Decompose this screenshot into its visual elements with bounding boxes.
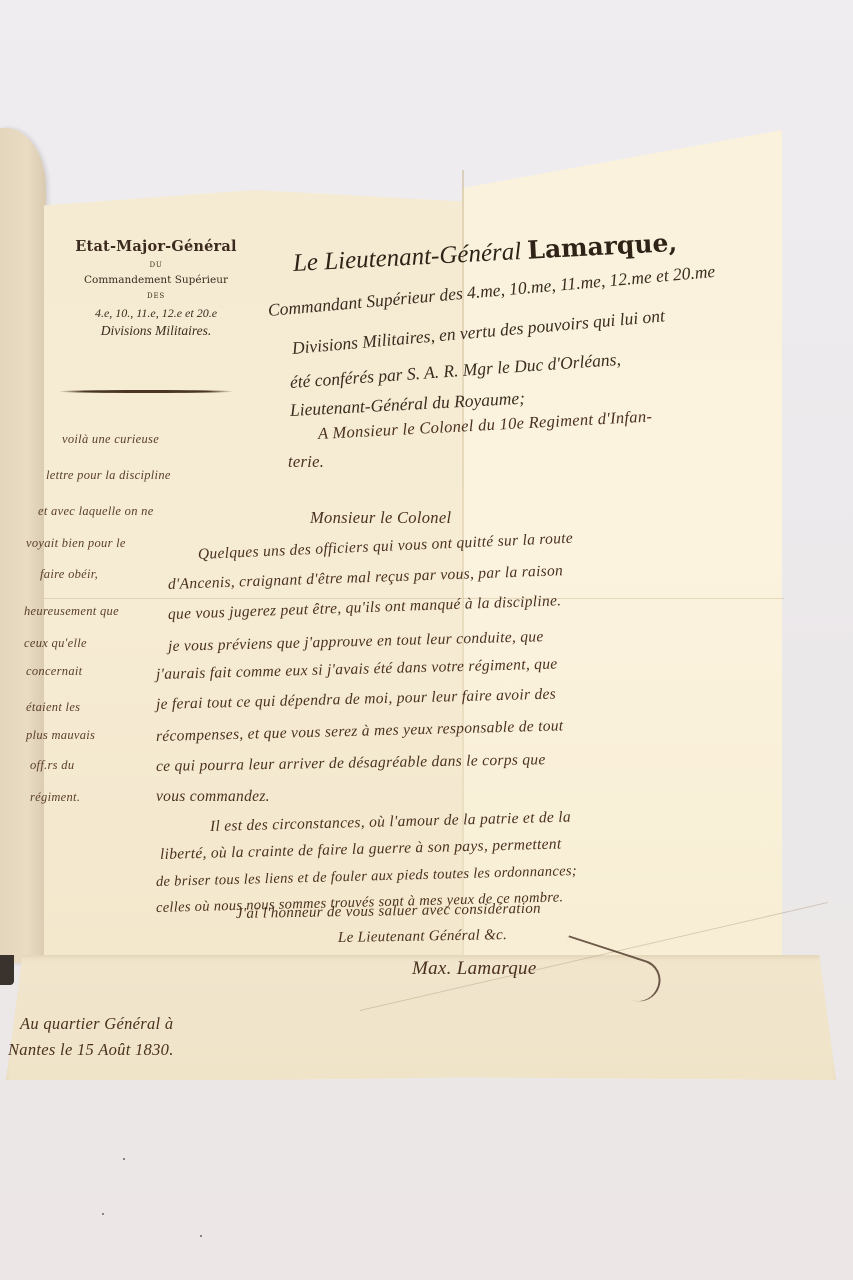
margin-note-line: ceux qu'elle (24, 636, 87, 651)
letterhead-rule (58, 390, 234, 393)
body-line: vous commandez. (156, 788, 270, 806)
margin-note-line: off.rs du (30, 758, 74, 773)
letterhead-division-numbers: 4.e, 10., 11.e, 12.e et 20.e (56, 306, 256, 321)
dust-speck (123, 1158, 125, 1160)
letterhead-title: Etat-Major-Général (56, 238, 256, 255)
margin-note-line: et avec laquelle on ne (38, 504, 154, 519)
margin-note-line: voyait bien pour le (26, 536, 126, 551)
letterhead-commandement: Commandement Supérieur (56, 274, 256, 286)
closing: Le Lieutenant Général &c. (338, 927, 507, 947)
letterhead-du: DU (56, 261, 256, 269)
margin-note-line: heureusement que (24, 604, 119, 619)
margin-note-line: lettre pour la discipline (46, 468, 171, 483)
binding-shadow (0, 955, 14, 985)
signature: Max. Lamarque (412, 958, 537, 980)
letterhead: Etat-Major-Général DU Commandement Supér… (56, 238, 256, 339)
dust-speck (102, 1213, 104, 1215)
letterhead-divisions-label: Divisions Militaires. (56, 323, 256, 339)
margin-note-line: concernait (26, 664, 82, 679)
margin-note-line: voilà une curieuse (62, 432, 159, 447)
margin-note-line: régiment. (30, 790, 80, 805)
addressee-line-2: terie. (288, 452, 324, 472)
dust-speck (200, 1235, 202, 1237)
footer-place: Au quartier Général à (20, 1014, 173, 1034)
salutation: Monsieur le Colonel (310, 508, 451, 528)
margin-note-line: étaient les (26, 700, 80, 715)
margin-note-line: faire obéir, (40, 567, 98, 582)
footer-date: Nantes le 15 Août 1830. (8, 1040, 174, 1060)
margin-note-line: plus mauvais (26, 728, 95, 743)
letterhead-des: DES (56, 292, 256, 300)
